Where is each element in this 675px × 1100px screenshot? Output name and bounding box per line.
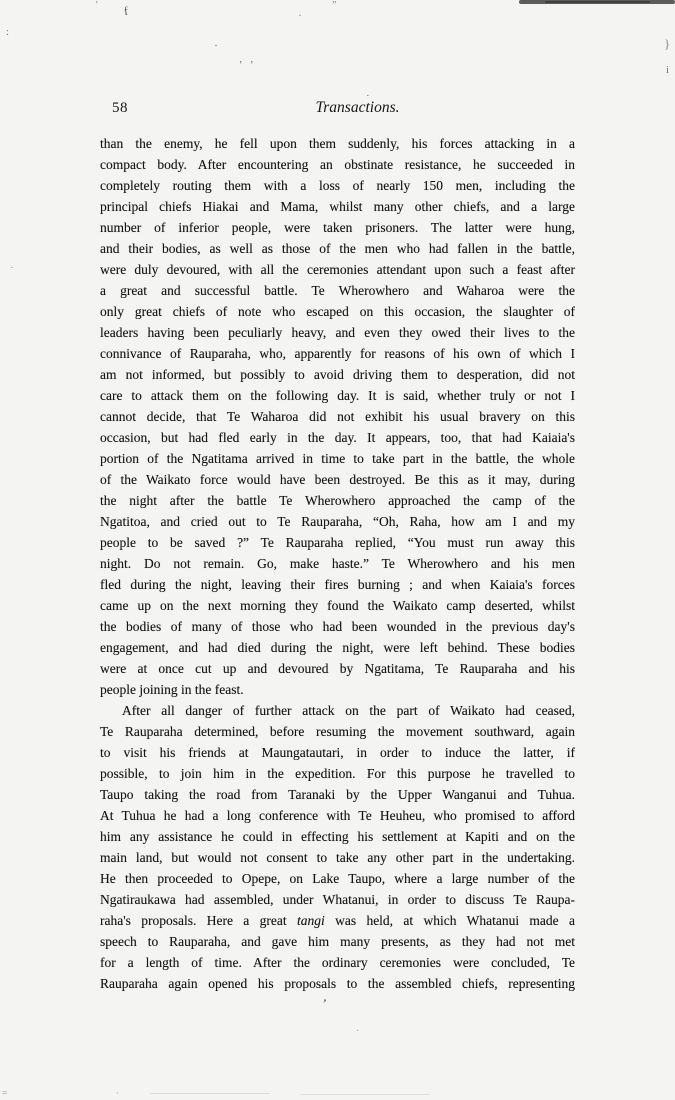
scan-speck: ’ xyxy=(321,996,328,1013)
scan-speck: i xyxy=(666,64,669,76)
scan-speck: · xyxy=(10,262,14,274)
scan-smudge xyxy=(150,1093,270,1094)
text-line: cannot decide, that Te Waharoa did not e… xyxy=(100,406,575,427)
scan-speck: ’ xyxy=(239,60,242,71)
text-line: people to be saved ?” Te Rauparaha repli… xyxy=(100,532,575,553)
text-line: night. Do not remain. Go, make haste.” T… xyxy=(100,553,575,574)
scanned-book-page: 58 Transactions. than the enemy, he fell… xyxy=(0,0,675,1100)
scan-smudge xyxy=(300,1094,430,1095)
text-segment: raha's proposals. Here a great xyxy=(100,913,297,928)
text-line: Ngatitoa, and cried out to Te Rauparaha,… xyxy=(100,511,575,532)
scan-speck: · xyxy=(298,8,302,23)
scan-speck: · xyxy=(356,1026,359,1037)
scan-speck: ’ xyxy=(95,0,98,11)
text-line: and their bodies, as well as those of th… xyxy=(100,238,575,259)
text-line: Te Rauparaha determined, before resuming… xyxy=(100,721,575,742)
text-line: completely routing them with a loss of n… xyxy=(100,175,575,196)
text-line: main land, but would not consent to take… xyxy=(100,847,575,868)
text-line: am not informed, but possibly to avoid d… xyxy=(100,364,575,385)
text-line: Rauparaha again opened his proposals to … xyxy=(100,973,575,994)
text-line: him any assistance he could in effecting… xyxy=(100,826,575,847)
text-line: portion of the Ngatitama arrived in time… xyxy=(100,448,575,469)
text-line: fled during the night, leaving their fir… xyxy=(100,574,575,595)
text-line: care to attack them on the following day… xyxy=(100,385,575,406)
text-line: the bodies of many of those who had been… xyxy=(100,616,575,637)
text-line: Taupo taking the road from Taranaki by t… xyxy=(100,784,575,805)
text-column: 58 Transactions. than the enemy, he fell… xyxy=(100,96,575,994)
text-line: a great and successful battle. Te Wherow… xyxy=(100,280,575,301)
text-line: He then proceeded to Opepe, on Lake Taup… xyxy=(100,868,575,889)
scan-speck: · xyxy=(214,38,218,53)
text-line: only great chiefs of note who escaped on… xyxy=(100,301,575,322)
text-line: were at once cut up and devoured by Ngat… xyxy=(100,658,575,679)
text-line: leaders having been peculiarly heavy, an… xyxy=(100,322,575,343)
text-line: for a length of time. After the ordinary… xyxy=(100,952,575,973)
text-line: possible, to join him in the expedition.… xyxy=(100,763,575,784)
scan-smudge xyxy=(545,1,650,3)
text-line: connivance of Rauparaha, who, apparently… xyxy=(100,343,575,364)
text-line: speech to Rauparaha, and gave him many p… xyxy=(100,931,575,952)
text-line: of the Waikato force would have been des… xyxy=(100,469,575,490)
scan-speck: : xyxy=(6,26,9,38)
text-line: occasion, but had fled early in the day.… xyxy=(100,427,575,448)
body-text: than the enemy, he fell upon them sudden… xyxy=(100,133,575,994)
running-head-title: Transactions. xyxy=(120,99,595,117)
text-line: At Tuhua he had a long conference with T… xyxy=(100,805,575,826)
text-line: to visit his friends at Maungatautari, i… xyxy=(100,742,575,763)
scan-smudge xyxy=(519,0,675,4)
scan-speck: · xyxy=(116,1088,119,1098)
text-line: people joining in the feast. xyxy=(100,679,575,700)
text-line: came up on the next morning they found t… xyxy=(100,595,575,616)
page-header: 58 Transactions. xyxy=(100,96,575,133)
text-line: Ngatiraukawa had assembled, under Whatan… xyxy=(100,889,575,910)
text-line: were duly devoured, with all the ceremon… xyxy=(100,259,575,280)
scan-speck: ” xyxy=(332,0,336,11)
scan-speck: f xyxy=(123,4,129,19)
text-line: the night after the battle Te Wherowhero… xyxy=(100,490,575,511)
text-line: compact body. After encountering an obst… xyxy=(100,154,575,175)
text-line: raha's proposals. Here a great tangi was… xyxy=(100,910,575,931)
text-line: After all danger of further attack on th… xyxy=(100,700,575,721)
text-line: engagement, and had died during the nigh… xyxy=(100,637,575,658)
scan-speck: } xyxy=(664,36,670,52)
scan-speck: = xyxy=(2,1088,7,1098)
text-line: than the enemy, he fell upon them sudden… xyxy=(100,133,575,154)
scan-speck: ’ xyxy=(250,60,253,71)
text-line: principal chiefs Hiakai and Mama, whilst… xyxy=(100,196,575,217)
italic-term: tangi xyxy=(297,913,325,928)
text-segment: was held, at which Whatanui made a xyxy=(325,913,575,928)
text-line: number of inferior people, were taken pr… xyxy=(100,217,575,238)
